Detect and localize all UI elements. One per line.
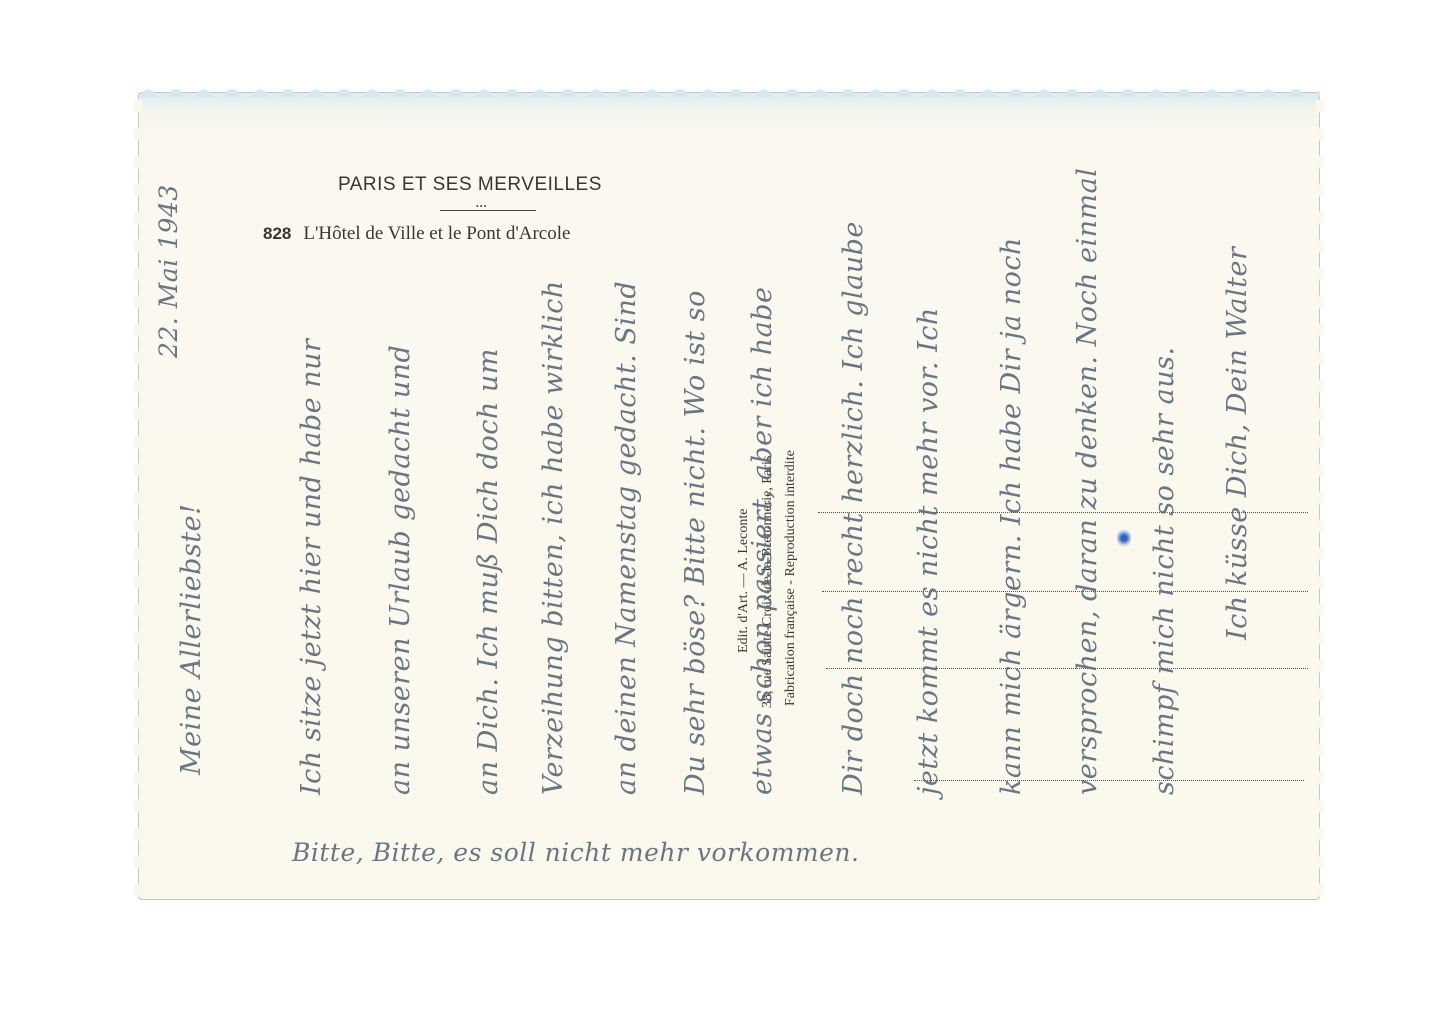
caption-text: L'Hôtel de Ville et le Pont d'Arcole xyxy=(303,223,570,244)
handwritten-line: Du sehr böse? Bitte nicht. Wo ist so xyxy=(680,290,711,795)
handwritten-line: an unseren Urlaub gedacht und xyxy=(385,345,416,795)
address-line xyxy=(914,780,1304,781)
handwritten-line: an Dich. Ich muß Dich doch um xyxy=(473,348,504,795)
handwritten-line: Dir doch noch recht herzlich. Ich glaube xyxy=(838,221,869,795)
handwritten-line: Verzeihung bitten, ich habe wirklich xyxy=(538,280,569,795)
handwritten-line: etwas schon passiert, aber ich habe xyxy=(747,286,778,795)
card-caption: 828L'Hôtel de Ville et le Pont d'Arcole xyxy=(263,223,570,245)
handwritten-line: versprochen, daran zu denken. Noch einma… xyxy=(1072,168,1103,795)
handwritten-postscript: Bitte, Bitte, es soll nicht mehr vorkomm… xyxy=(292,838,859,867)
handwritten-line: jetzt kommt es nicht mehr vor. Ich xyxy=(913,307,944,795)
handwritten-line: Ich sitze jetzt hier und habe nur xyxy=(296,339,327,795)
handwritten-salutation: Meine Allerliebste! xyxy=(176,504,207,775)
scalloped-left-edge xyxy=(134,92,142,900)
address-line xyxy=(826,668,1308,669)
ornamental-rule xyxy=(440,210,536,211)
ink-blot xyxy=(1117,527,1131,549)
publisher-notice: Fabrication française - Reproduction int… xyxy=(783,450,799,706)
scalloped-right-edge xyxy=(1316,92,1324,900)
series-title: PARIS ET SES MERVEILLES xyxy=(338,174,602,196)
scalloped-top-edge xyxy=(138,87,1320,97)
card-number: 828 xyxy=(263,224,291,243)
handwritten-line: kann mich ärgern. Ich habe Dir ja noch xyxy=(996,237,1027,795)
handwritten-signoff: Ich küsse Dich, Dein Walter xyxy=(1222,247,1253,640)
handwritten-line: an deinen Namenstag gedacht. Sind xyxy=(611,281,642,795)
handwritten-line: schimpf mich nicht so sehr aus. xyxy=(1149,346,1180,795)
handwritten-date: 22. Mai 1943 xyxy=(154,184,183,358)
